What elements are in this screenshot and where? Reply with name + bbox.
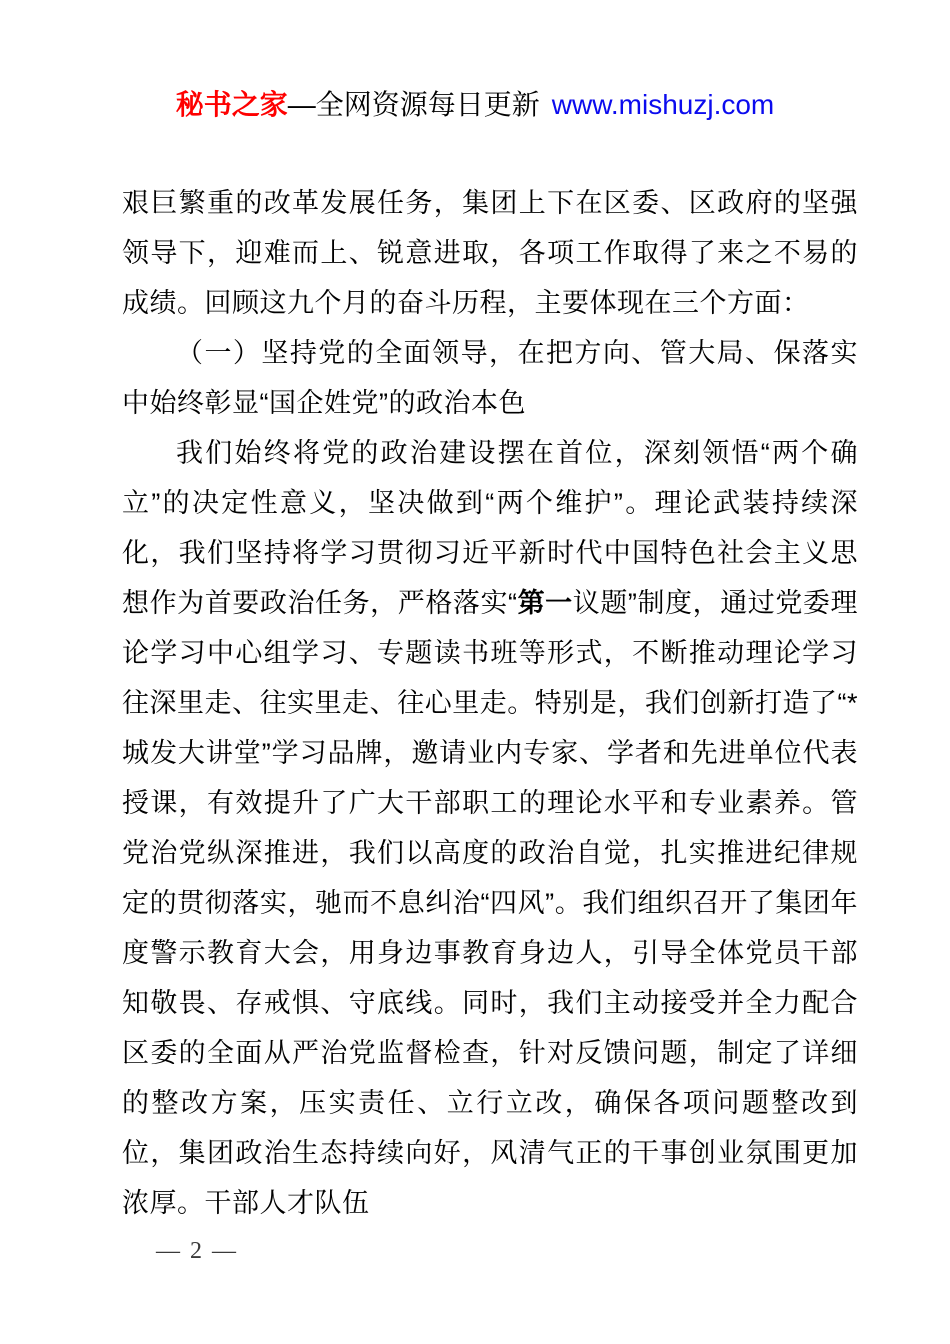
site-watermark-header: 秘书之家—全网资源每日更新www.mishuzj.com bbox=[0, 86, 950, 124]
emphasis-text: 第一 bbox=[518, 588, 573, 618]
text-run: （一）坚持党的全面领导，在把方向、管大局、保落实中始终彰显“国企姓党”的政治本色 bbox=[122, 338, 858, 418]
brand-name: 秘书之家 bbox=[176, 89, 288, 120]
document-body: 艰巨繁重的改革发展任务，集团上下在区委、区政府的坚强领导下，迎难而上、锐意进取，… bbox=[122, 178, 858, 1228]
page-number: — 2 — bbox=[156, 1238, 238, 1265]
text-run: 议题”制度，通过党委理论学习中心组学习、专题读书班等形式，不断推动理论学习往深里… bbox=[122, 588, 858, 1218]
document-page: 秘书之家—全网资源每日更新www.mishuzj.com 艰巨繁重的改革发展任务… bbox=[0, 0, 950, 1344]
site-url-link[interactable]: www.mishuzj.com bbox=[552, 89, 774, 120]
section-heading-paragraph: （一）坚持党的全面领导，在把方向、管大局、保落实中始终彰显“国企姓党”的政治本色 bbox=[122, 328, 858, 428]
body-paragraph-continuation: 艰巨繁重的改革发展任务，集团上下在区委、区政府的坚强领导下，迎难而上、锐意进取，… bbox=[122, 178, 858, 328]
text-run: 艰巨繁重的改革发展任务，集团上下在区委、区政府的坚强领导下，迎难而上、锐意进取，… bbox=[122, 188, 858, 318]
site-tagline: 全网资源每日更新 bbox=[316, 89, 540, 120]
dash-separator: — bbox=[288, 89, 316, 120]
body-paragraph: 我们始终将党的政治建设摆在首位，深刻领悟“两个确立”的决定性意义，坚决做到“两个… bbox=[122, 428, 858, 1228]
